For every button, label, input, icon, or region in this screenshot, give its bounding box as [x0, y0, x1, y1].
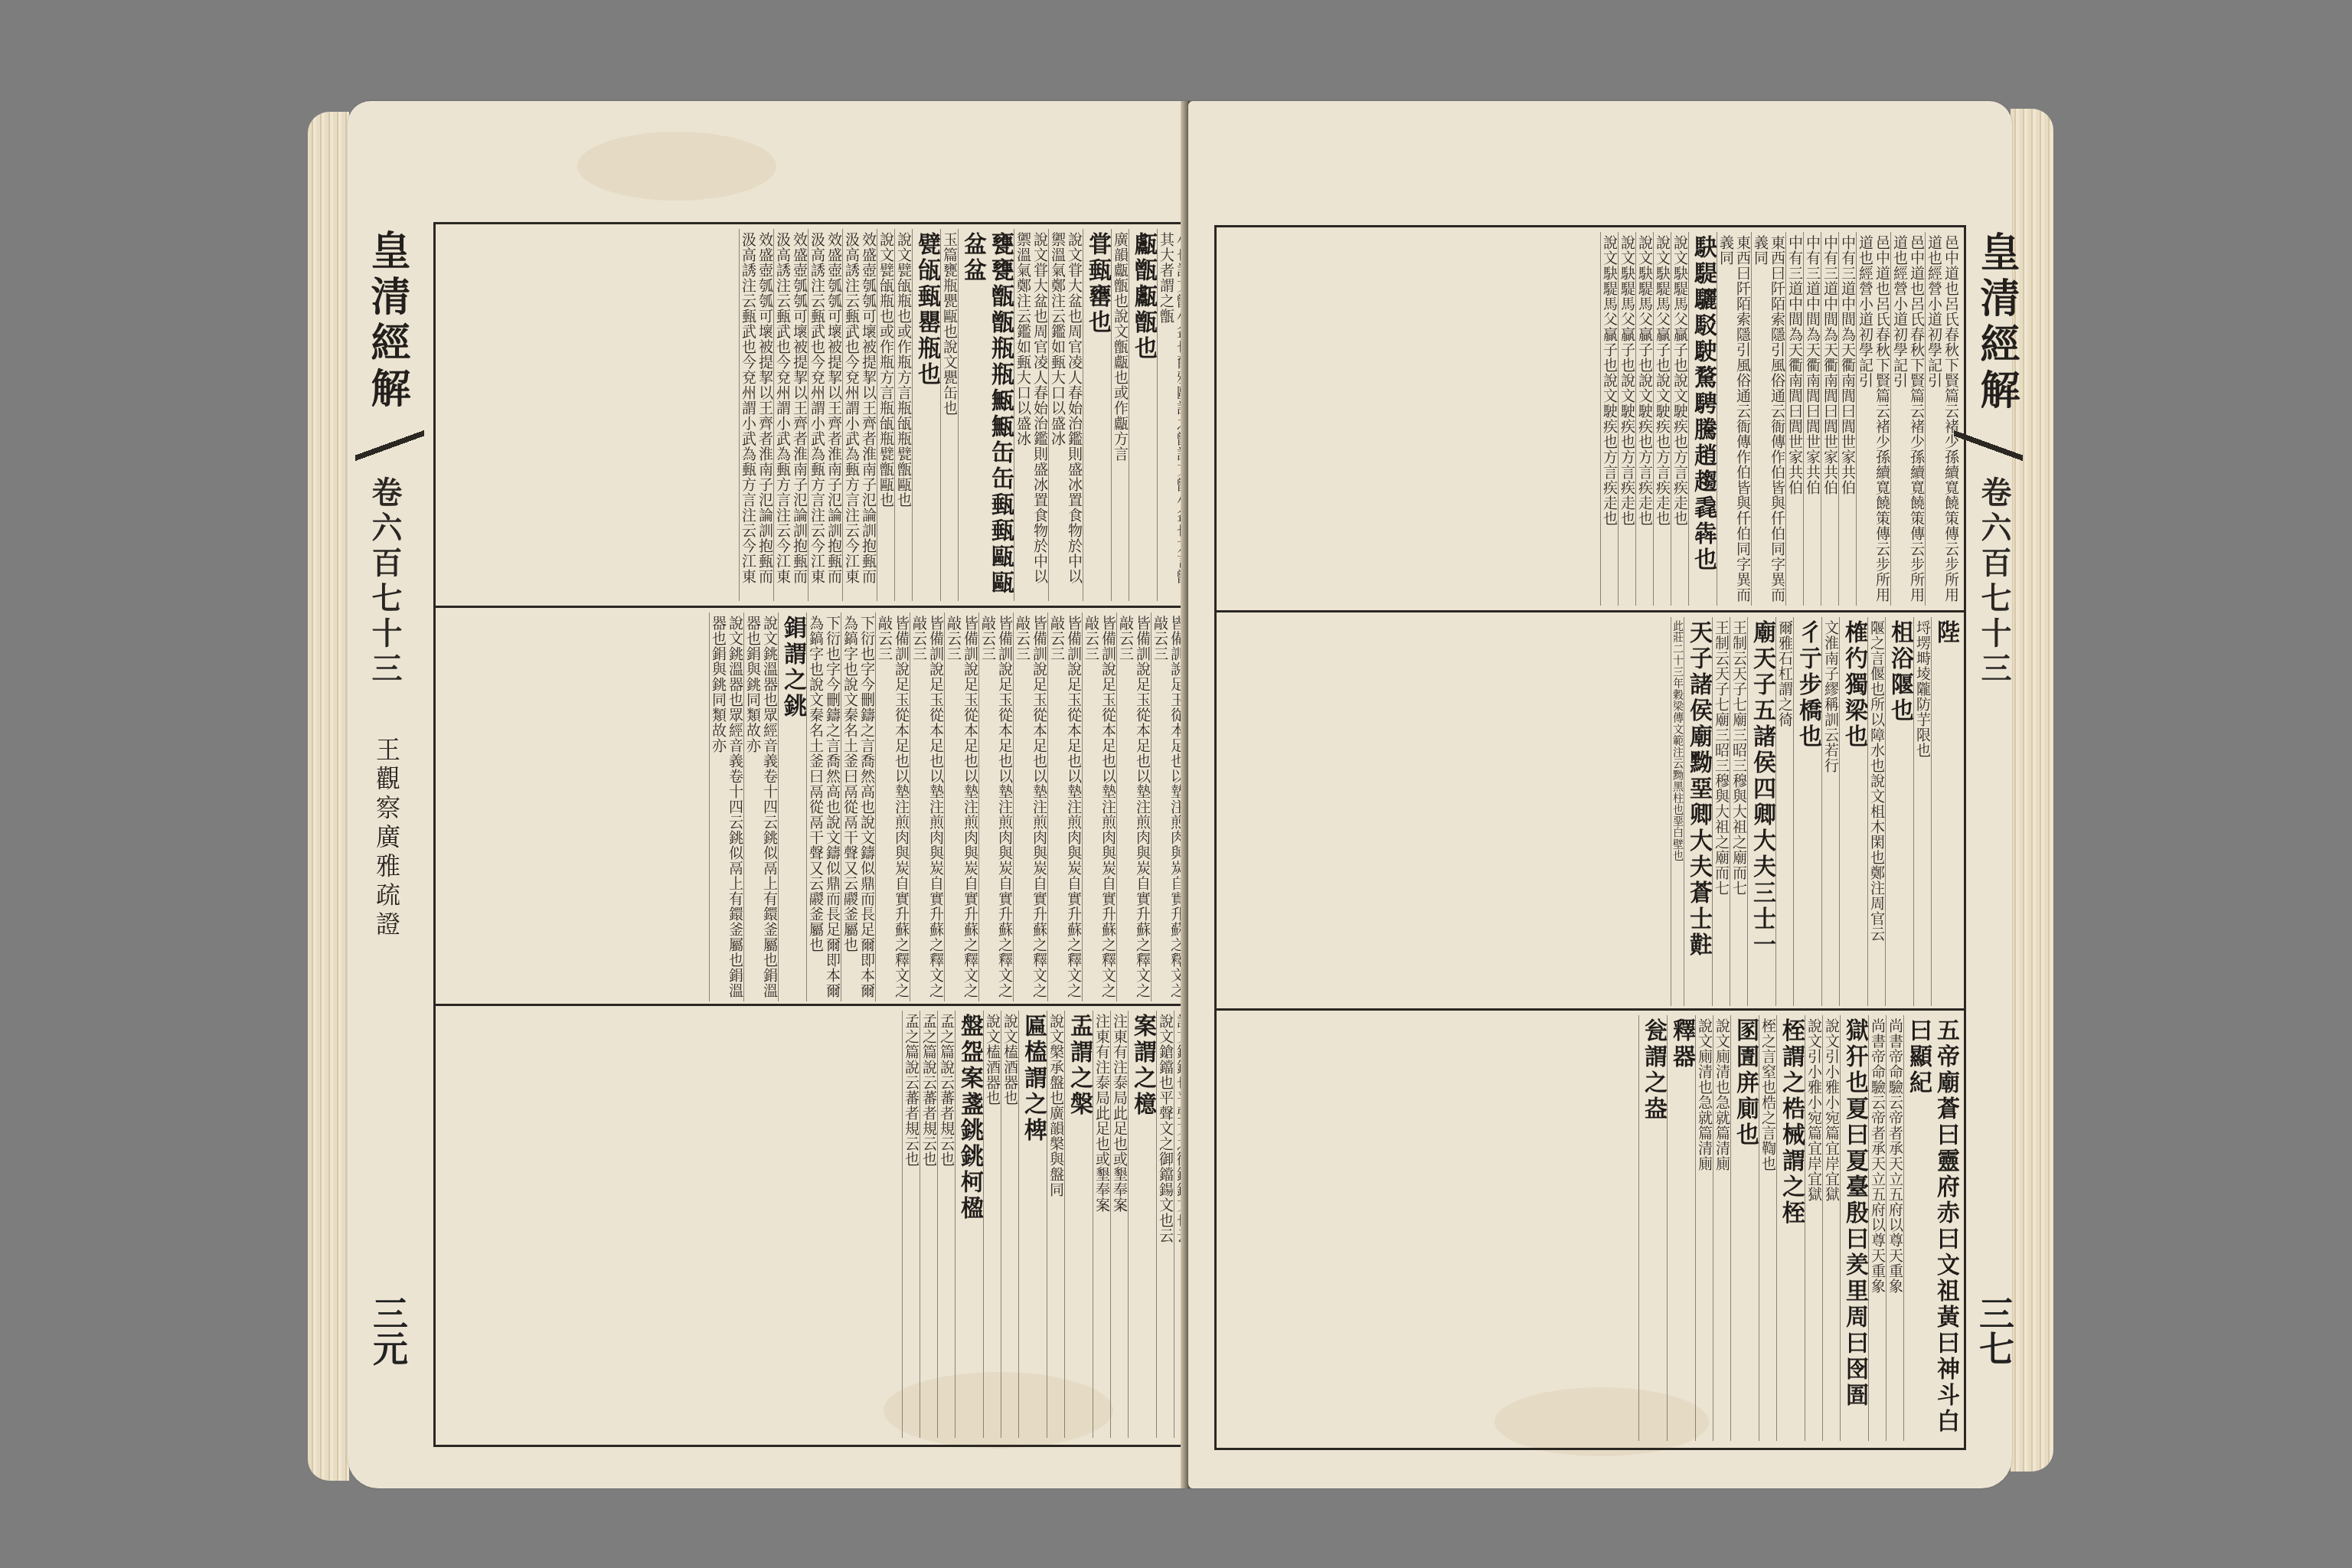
entry-heading: 甞甀罋也 [1083, 229, 1111, 601]
entry-text: 說文廁清也急就篇清廁 [1713, 1015, 1730, 1441]
entry-text: 中有三道中間為天衢南閭曰閭世家共伯 [1838, 232, 1856, 606]
entry-text: 皆備訓說足玉從本足也以墊注煎肉與炭自實升蘇之釋文之敲云三 [1116, 612, 1151, 1001]
entry-text: 說文榼酒器也 [1001, 1011, 1018, 1438]
entry-text: 效盛壺瓠瓠可壞被提挈以王齊者淮南子氾論訓抱甀而汲高誘注云甀武也今兗州謂小武為甀方… [808, 229, 842, 601]
entry-text: 尚書帝命驗云帝者承天立五府以尊天重象 [1886, 1015, 1903, 1441]
entry-text: 尚書帝命驗云帝者承天立五府以尊天重象 [1868, 1015, 1886, 1441]
entry-text: 廣韻甗甑也說文甑甗也或作甗方言 [1111, 229, 1129, 601]
entry-text: 說文駃騠馬父贏子也說文駛疾也方言疾走也 [1653, 232, 1671, 606]
entry-text: 此莊二十三年穀梁傳文範注云黝黑柱也堊白壁也 [1671, 617, 1684, 1006]
entry-text: 孟之篇說云蕃者規云也 [937, 1011, 955, 1438]
right-page-marker: 三七 [1969, 1295, 2020, 1366]
entry-heading: 駃騠驪駁駛騖騁騰趙趨毳犇也 [1688, 232, 1717, 606]
entry-heading: 獄犴也夏曰夏臺殷曰羑里周曰囹圄 [1840, 1015, 1868, 1441]
entry-heading: 瓮謂之盎 [1638, 1015, 1667, 1441]
entry-text: 東西曰阡陌索隱引風俗通云衙傳作伯皆與仟伯同字異而義同 [1717, 232, 1751, 606]
right-margin-series-title: 皇清經解 [1968, 231, 2025, 415]
entry-heading: 鋗謂之銚 [778, 612, 806, 1001]
entry-text: 說文駃騠馬父贏子也說文駛疾也方言疾走也 [1600, 232, 1618, 606]
entry-text: 說文槃承盤也廣韻槃與盤同 [1047, 1011, 1064, 1438]
entry-heading: 陛 [1931, 617, 1959, 1006]
entry-text: 注東有注泰局此足也或墾奉案 [1093, 1011, 1110, 1438]
entry-text: 下衍也字今刪鑄之言喬然高也說文鑄似鼎而長足爾即本爾為鎬字也說文秦名土釜曰鬲從鬲干… [806, 612, 841, 1001]
entry-text: 隁之言偃也所以障水也說文柤木閑也鄭注周官云 [1867, 617, 1885, 1006]
entry-text: 皆備訓說足玉從本足也以墊注煎肉與炭自實升蘇之釋文之敲云三 [1082, 612, 1116, 1001]
entry-heading: 榷彴獨梁也 [1839, 617, 1867, 1006]
entry-text: 孟之篇說云蕃者規云也 [902, 1011, 920, 1438]
entry-heading: 案謂之檍 [1128, 1011, 1156, 1438]
entry-heading: 盂謂之槃 [1064, 1011, 1093, 1438]
entry-text: 文淮南子繆稱訓云若行 [1821, 617, 1839, 1006]
entry-text: 說文甓瓵瓶也或作瓶方言瓶瓵瓶甓甑甌也 [877, 229, 894, 601]
entry-heading: 盤盌案盞銚銚柯楹 [955, 1011, 983, 1438]
entry-text: 中有三道中間為天衢南閭曰閭世家共伯 [1803, 232, 1821, 606]
entry-text: 皆備訓說足玉從本足也以墊注煎肉與炭自實升蘇之釋文之敲云三 [875, 612, 910, 1001]
entry-text: 邑中道也呂氏春秋下賢篇云褚少孫續寬饒策傳云步所用道也經營小道初學記引 [1925, 232, 1959, 606]
entry-text: 爾雅石杠謂之徛 [1775, 617, 1793, 1006]
entry-text: 說文引小雅小宛篇宜岸宜獄 [1805, 1015, 1822, 1441]
register-middle: 皆備訓說足玉從本足也以墊注煎肉與炭自實升蘇之釋文之敲云三 皆備訓說足玉從本足也以… [436, 606, 1224, 1006]
left-page: 皇清經解 卷六百七十三 王觀察廣雅疏證 三元 甑甗甑也 小也說文甑小盆也爾雅甌謂… [348, 101, 1194, 1488]
entry-text: 說文甓瓵瓶也或作瓶方言瓶瓵瓶甓甑甌也 [894, 229, 912, 601]
entry-heading: 桎謂之梏械謂之桎 [1776, 1015, 1805, 1441]
entry-text: 說文駃騠馬父贏子也說文駛疾也方言疾走也 [1635, 232, 1653, 606]
entry-text: 皆備訓說足玉從本足也以墊注煎肉與炭自實升蘇之釋文之敲云三 [978, 612, 1013, 1001]
entry-heading: 廟天子五諸侯四卿大夫三士一 [1747, 617, 1775, 1006]
entry-text: 說文駃騠馬父贏子也說文駛疾也方言疾走也 [1618, 232, 1635, 606]
section-heading: 釋器 [1667, 1015, 1695, 1441]
entry-text: 說文榼酒器也 [983, 1011, 1001, 1438]
right-page: 邑中道也呂氏春秋下賢篇云褚少孫續寬饒策傳云步所用道也經營小道初學記引 邑中道也呂… [1188, 101, 2012, 1488]
register-top: 甑甗甑也 小也說文甑小盆也爾雅甌謂之甑說文甑小盆也方言甑其大者謂之甑 甗甑甗甑也… [436, 224, 1224, 606]
entry-text: 皆備訓說足玉從本足也以墊注煎肉與炭自實升蘇之釋文之敲云三 [910, 612, 944, 1001]
entry-text: 說文廁清也急就篇清廁 [1695, 1015, 1713, 1441]
entry-text: 東西曰阡陌索隱引風俗通云衙傳作伯皆與仟伯同字異而義同 [1751, 232, 1785, 606]
entry-text: 說文銚溫器也眾經音義卷十四云銚似鬲上有鐶釜屬也鋗溫器也鋗與銚同類故亦 [709, 612, 743, 1001]
entry-text: 說文甞大盆也周官凌人春始治鑑則盛冰置食物於中以禦溫氣鄭注云鑑如甀大口以盛冰 [1014, 229, 1048, 601]
entry-text: 皆備訓說足玉從本足也以墊注煎肉與炭自實升蘇之釋文之敲云三 [1047, 612, 1082, 1001]
entry-heading: 匾榼謂之椑 [1018, 1011, 1047, 1438]
entry-text: 說文引小雅小宛篇宜岸宜獄 [1822, 1015, 1840, 1441]
entry-text: 中有三道中間為天衢南閭曰閭世家共伯 [1785, 232, 1803, 606]
register-middle: 陛 埒塄塒堎隴防芋限也 柤浴隁也 隁之言偃也所以障水也說文柤木閑也鄭注周官云 榷… [1217, 610, 1964, 1011]
entry-text: 效盛壺瓠瓠可壞被提挈以王齊者淮南子氾論訓抱甀而汲高誘注云甀武也今兗州謂小武為甀方… [842, 229, 877, 601]
register-bottom: 五帝廟蒼曰靈府赤曰文祖黃曰神斗白曰顯紀 尚書帝命驗云帝者承天立五府以尊天重象 尚… [1217, 1008, 1964, 1445]
page-edges-left [308, 112, 349, 1481]
register-bottom: 鎗鐺謂之鎗鐺 說文鎗鐺也平聲文之御鐺鍚文也云 說文鎗鐺也平聲文之御鐺鍚文也云 案… [436, 1004, 1224, 1442]
entry-text: 王制云天子七廟三昭三穆與大祖之廟而七 [1712, 617, 1730, 1006]
entry-text: 桎之言窒也梏之言鞫也 [1759, 1015, 1776, 1441]
entry-heading: 五帝廟蒼曰靈府赤曰文祖黃曰神斗白曰顯紀 [1903, 1015, 1959, 1441]
entry-text: 玉篇甕瓶甖甌也說文甖缶也 [940, 229, 958, 601]
open-book: 皇清經解 卷六百七十三 王觀察廣雅疏證 三元 甑甗甑也 小也說文甑小盆也爾雅甌謂… [308, 101, 2053, 1488]
entry-text: 說文甞大盆也周官凌人春始治鑑則盛冰置食物於中以禦溫氣鄭注云鑑如甀大口以盛冰 [1048, 229, 1083, 601]
entry-heading: 天子諸侯廟黝堊卿大夫蒼士黈 [1684, 617, 1712, 1006]
entry-text: 說文銚溫器也眾經音義卷十四云銚似鬲上有鐶釜屬也鋗溫器也鋗與銚同類故亦 [743, 612, 778, 1001]
entry-heading: 甗甑甗甑也 [1129, 229, 1157, 601]
left-page-marker: 三元 [363, 1295, 413, 1366]
left-work-title: 王觀察廣雅疏證 [369, 737, 404, 940]
entry-text: 效盛壺瓠瓠可壞被提挈以王齊者淮南子氾論訓抱甀而汲高誘注云甀武也今兗州謂小武為甀方… [773, 229, 808, 601]
entry-text: 中有三道中間為天衢南閭曰閭世家共伯 [1821, 232, 1838, 606]
entry-text: 皆備訓說足玉從本足也以墊注煎肉與炭自實升蘇之釋文之敲云三 [1013, 612, 1047, 1001]
entry-text: 說文鎗鐺也平聲文之御鐺鍚文也云 [1156, 1011, 1174, 1438]
fish-tail-ornament [1954, 423, 2023, 469]
fish-tail-ornament [355, 423, 424, 469]
entry-heading: 彳亍步橋也 [1793, 617, 1821, 1006]
entry-heading: 甕甕甑甑瓶瓶甒甒缶缶甀甀甌甌盆盆 [958, 229, 1014, 601]
right-volume-number: 卷六百七十三 [1972, 476, 2016, 688]
entry-text: 埒塄塒堎隴防芋限也 [1913, 617, 1931, 1006]
left-page-frame: 甑甗甑也 小也說文甑小盆也爾雅甌謂之甑說文甑小盆也方言甑其大者謂之甑 甗甑甗甑也… [433, 222, 1227, 1447]
entry-text: 邑中道也呂氏春秋下賢篇云褚少孫續寬饒策傳云步所用道也經營小道初學記引 [1856, 232, 1890, 606]
entry-text: 孟之篇說云蕃者規云也 [920, 1011, 937, 1438]
register-top: 邑中道也呂氏春秋下賢篇云褚少孫續寬饒策傳云步所用道也經營小道初學記引 邑中道也呂… [1217, 227, 1964, 610]
left-volume-number: 卷六百七十三 [363, 476, 407, 688]
entry-text: 效盛壺瓠瓠可壞被提挈以王齊者淮南子氾論訓抱甀而汲高誘注云甀武也今兗州謂小武為甀方… [739, 229, 773, 601]
right-page-frame: 邑中道也呂氏春秋下賢篇云褚少孫續寬饒策傳云步所用道也經營小道初學記引 邑中道也呂… [1214, 225, 1966, 1450]
entry-text: 皆備訓說足玉從本足也以墊注煎肉與炭自實升蘇之釋文之敲云三 [944, 612, 978, 1001]
entry-heading: 圂圊庰廁也 [1730, 1015, 1759, 1441]
entry-text: 注東有注泰局此足也或墾奉案 [1110, 1011, 1128, 1438]
left-margin-series-title: 皇清經解 [358, 230, 416, 413]
entry-text: 王制云天子七廟三昭三穆與大祖之廟而七 [1730, 617, 1747, 1006]
entry-text: 下衍也字今刪鑄之言喬然高也說文鑄似鼎而長足爾即本爾為鎬字也說文秦名土釜曰鬲從鬲干… [841, 612, 875, 1001]
entry-text: 說文駃騠馬父贏子也說文駛疾也方言疾走也 [1671, 232, 1688, 606]
entry-text: 邑中道也呂氏春秋下賢篇云褚少孫續寬饒策傳云步所用道也經營小道初學記引 [1890, 232, 1925, 606]
entry-heading: 柤浴隁也 [1885, 617, 1913, 1006]
entry-heading: 甓瓵甀罌瓶也 [912, 229, 940, 601]
